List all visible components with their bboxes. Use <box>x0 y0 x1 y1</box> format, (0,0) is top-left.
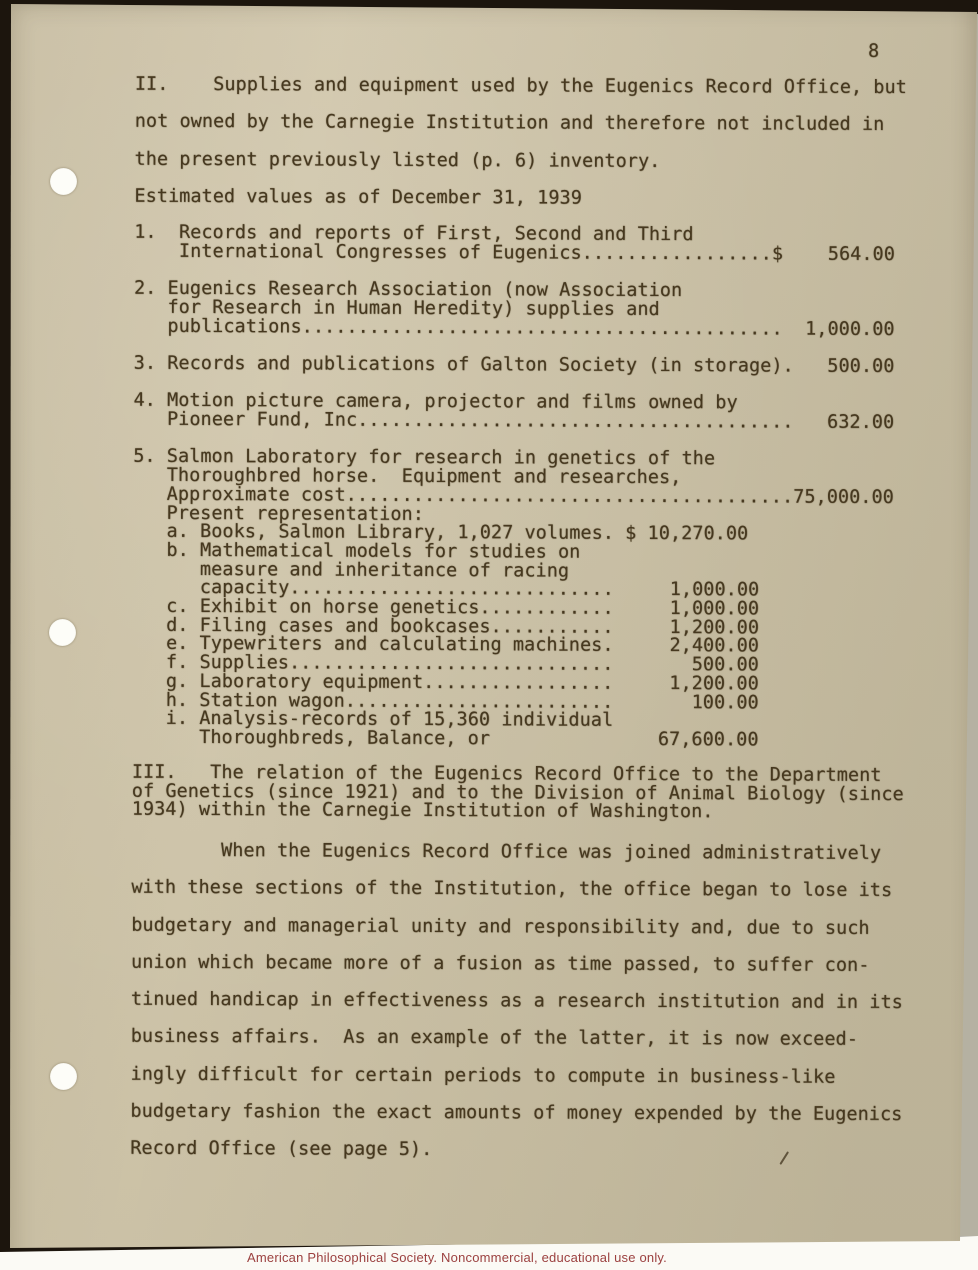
body-paragraph: When the Eugenics Record Office was join… <box>130 832 903 1171</box>
hole-punch-middle <box>49 619 76 646</box>
section-iii-heading: III. The relation of the Eugenics Record… <box>132 764 904 823</box>
inventory-list: 1. Records and reports of First, Second … <box>132 224 895 751</box>
document-scan: 8 II. Supplies and equipment used by the… <box>0 0 978 1270</box>
section-ii-heading: II. Supplies and equipment used by the E… <box>134 66 907 219</box>
footer-credit-line: American Philosophical Society. Noncomme… <box>247 1250 667 1265</box>
typed-content: 8 II. Supplies and equipment used by the… <box>0 0 978 1270</box>
hole-punch-top <box>50 168 77 195</box>
page-number: 8 <box>868 43 879 62</box>
paper-page: 8 II. Supplies and equipment used by the… <box>0 0 978 1270</box>
hole-punch-bottom <box>50 1063 77 1090</box>
footer-band: American Philosophical Society. Noncomme… <box>0 1244 978 1270</box>
